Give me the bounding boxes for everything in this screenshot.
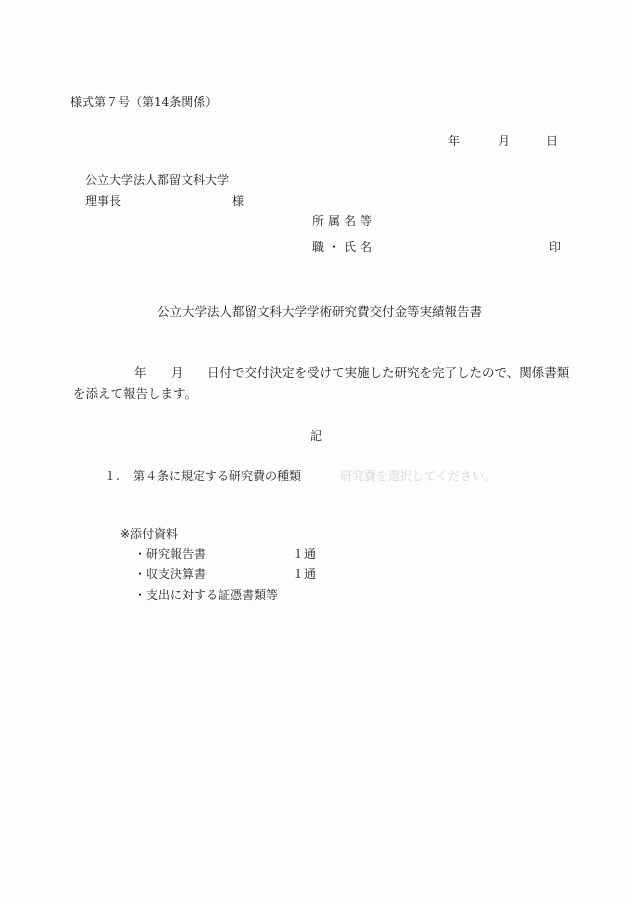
date-month-label: 月 (498, 133, 510, 149)
ki-heading: 記 (310, 428, 322, 444)
name-label: 職・氏名 (312, 239, 376, 255)
form-id: 様式第７号（第14条関係） (70, 94, 217, 110)
item-1-label: 第４条に規定する研究費の種類 (133, 468, 301, 484)
seal-mark: 印 (549, 239, 561, 255)
attachment-item-label: ・収支決算書 (134, 566, 206, 582)
body-year-label: 年 (134, 365, 147, 381)
research-expense-select[interactable]: 研究費を選択してください。 (340, 468, 496, 484)
addressee-organization: 公立大学法人都留文科大学 (85, 172, 229, 188)
attachment-item-count: １通 (292, 546, 316, 562)
addressee-honorific: 様 (232, 193, 244, 209)
body-line2: を添えて報告します。 (73, 386, 197, 402)
attachment-item-count: １通 (292, 566, 316, 582)
date-year-label: 年 (448, 133, 460, 149)
document-page: 様式第７号（第14条関係） 年 月 日 公立大学法人都留文科大学 理事長 様 所… (0, 0, 630, 903)
attachment-item-label: ・支出に対する証憑書類等 (134, 587, 278, 603)
attachment-item-label: ・研究報告書 (134, 546, 206, 562)
attachments-heading: ※添付資料 (120, 526, 178, 542)
body-line1: 日付で交付決定を受けて実施した研究を完了したので、関係書類 (207, 365, 569, 381)
affiliation-label: 所属名等 (312, 213, 376, 229)
item-1-number: １. (104, 468, 120, 484)
date-day-label: 日 (546, 133, 558, 149)
document-title: 公立大学法人都留文科大学学術研究費交付金等実績報告書 (157, 304, 482, 320)
body-month-label: 月 (171, 365, 184, 381)
addressee-title: 理事長 (85, 193, 121, 209)
